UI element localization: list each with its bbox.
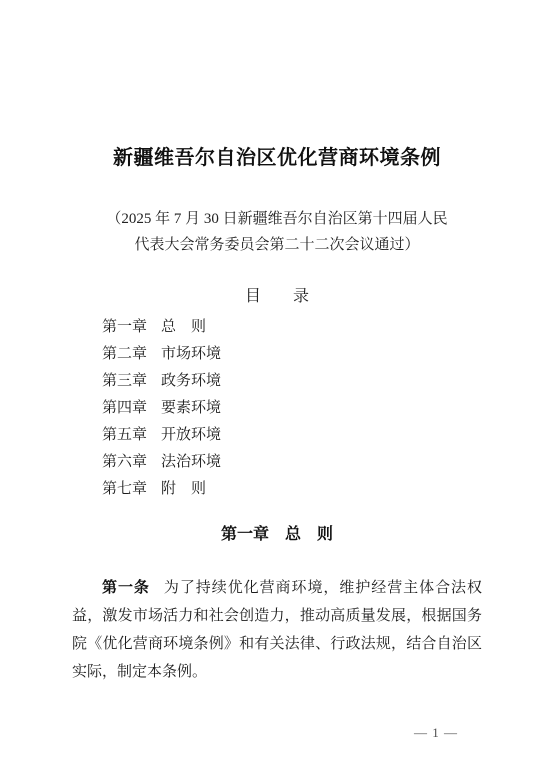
adoption-subtitle-line-2: 代表大会常务委员会第二十二次会议通过） [72, 232, 482, 258]
toc-item-chapter-6: 第六章 法治环境 [102, 449, 482, 476]
adoption-subtitle-line-1: （2025 年 7 月 30 日新疆维吾尔自治区第十四届人民 [72, 206, 482, 232]
chapter-1-heading: 第一章 总 则 [72, 524, 482, 545]
toc-item-chapter-2: 第二章 市场环境 [102, 341, 482, 368]
adoption-subtitle: （2025 年 7 月 30 日新疆维吾尔自治区第十四届人民 代表大会常务委员会… [72, 206, 482, 258]
toc-chapter-title: 总 则 [161, 314, 206, 341]
article-1-paragraph: 第一条为了持续优化营商环境，维护经营主体合法权益，激发市场活力和社会创造力，推动… [72, 574, 482, 686]
toc-chapter-number: 第六章 [102, 449, 147, 476]
toc-heading: 目 录 [72, 288, 482, 306]
article-1-label: 第一条 [102, 580, 150, 596]
toc-item-chapter-3: 第三章 政务环境 [102, 368, 482, 395]
page-number: — 1 — [414, 725, 458, 741]
toc-chapter-number: 第五章 [102, 422, 147, 449]
toc-chapter-number: 第七章 [102, 476, 147, 503]
toc-chapter-number: 第二章 [102, 341, 147, 368]
toc-chapter-title: 法治环境 [161, 449, 221, 476]
toc-item-chapter-1: 第一章 总 则 [102, 314, 482, 341]
toc-item-chapter-4: 第四章 要素环境 [102, 395, 482, 422]
toc-item-chapter-5: 第五章 开放环境 [102, 422, 482, 449]
toc-chapter-number: 第一章 [102, 314, 147, 341]
toc-list: 第一章 总 则 第二章 市场环境 第三章 政务环境 第四章 要素环境 第五章 开… [72, 314, 482, 503]
toc-chapter-title: 附 则 [161, 476, 206, 503]
toc-chapter-title: 开放环境 [161, 422, 221, 449]
document-title: 新疆维吾尔自治区优化营商环境条例 [72, 0, 482, 173]
toc-chapter-title: 要素环境 [161, 395, 221, 422]
toc-chapter-number: 第四章 [102, 395, 147, 422]
toc-chapter-title: 市场环境 [161, 341, 221, 368]
toc-chapter-title: 政务环境 [161, 368, 221, 395]
toc-chapter-number: 第三章 [102, 368, 147, 395]
toc-item-chapter-7: 第七章 附 则 [102, 476, 482, 503]
document-page: 新疆维吾尔自治区优化营商环境条例 （2025 年 7 月 30 日新疆维吾尔自治… [0, 0, 554, 784]
